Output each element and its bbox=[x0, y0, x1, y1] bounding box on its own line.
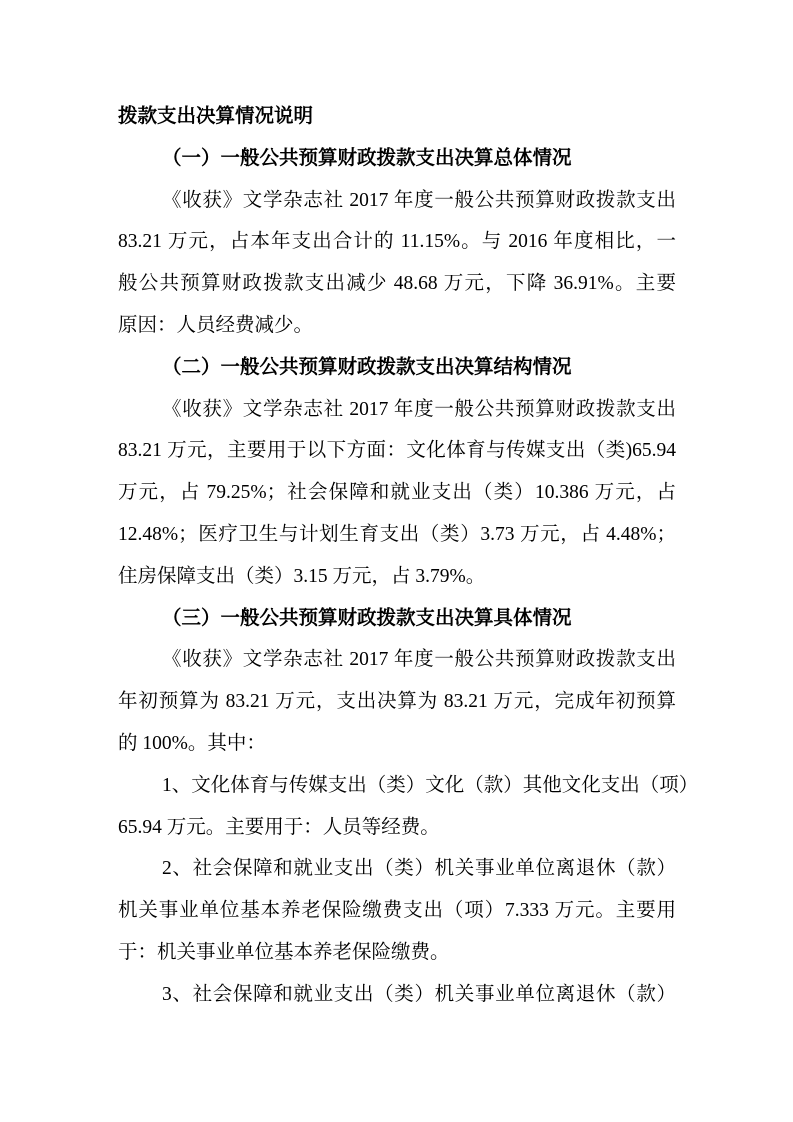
para-3-line-3: 的 100%。其中： bbox=[118, 723, 676, 765]
doc-title: 拨款支出决算情况说明 bbox=[118, 96, 676, 138]
para-3-line-1: 《收获》文学杂志社 2017 年度一般公共预算财政拨款支出 bbox=[118, 639, 676, 681]
section-heading-3: （三）一般公共预算财政拨款支出决算具体情况 bbox=[118, 598, 676, 640]
section-heading-1: （一）一般公共预算财政拨款支出决算总体情况 bbox=[118, 138, 676, 180]
item-1-line-2: 65.94 万元。主要用于：人员等经费。 bbox=[118, 807, 676, 849]
para-1-line-4: 原因：人员经费减少。 bbox=[118, 305, 676, 347]
para-2-line-1: 《收获》文学杂志社 2017 年度一般公共预算财政拨款支出 bbox=[118, 389, 676, 431]
para-2-line-2: 83.21 万元，主要用于以下方面：文化体育与传媒支出（类)65.94 bbox=[118, 430, 676, 472]
para-2-line-5: 住房保障支出（类）3.15 万元，占 3.79%。 bbox=[118, 556, 676, 598]
item-2-line-3: 于：机关事业单位基本养老保险缴费。 bbox=[118, 932, 676, 974]
para-1-line-1: 《收获》文学杂志社 2017 年度一般公共预算财政拨款支出 bbox=[118, 180, 676, 222]
para-2-line-4: 12.48%；医疗卫生与计划生育支出（类）3.73 万元，占 4.48%； bbox=[118, 514, 676, 556]
para-1-line-3: 般公共预算财政拨款支出减少 48.68 万元，下降 36.91%。主要 bbox=[118, 263, 676, 305]
section-heading-2: （二）一般公共预算财政拨款支出决算结构情况 bbox=[118, 347, 676, 389]
document-page: 拨款支出决算情况说明 （一）一般公共预算财政拨款支出决算总体情况 《收获》文学杂… bbox=[0, 0, 793, 1122]
item-2-line-2: 机关事业单位基本养老保险缴费支出（项）7.333 万元。主要用 bbox=[118, 890, 676, 932]
para-3-line-2: 年初预算为 83.21 万元，支出决算为 83.21 万元，完成年初预算 bbox=[118, 681, 676, 723]
item-2-line-1: 2、社会保障和就业支出（类）机关事业单位离退休（款） bbox=[118, 848, 676, 890]
para-2-line-3: 万元，占 79.25%；社会保障和就业支出（类）10.386 万元，占 bbox=[118, 472, 676, 514]
item-1-line-1: 1、文化体育与传媒支出（类）文化（款）其他文化支出（项） bbox=[118, 765, 676, 807]
item-3-line-1: 3、社会保障和就业支出（类）机关事业单位离退休（款） bbox=[118, 974, 676, 1016]
document-text-block: 拨款支出决算情况说明 （一）一般公共预算财政拨款支出决算总体情况 《收获》文学杂… bbox=[118, 96, 676, 1016]
para-1-line-2: 83.21 万元，占本年支出合计的 11.15%。与 2016 年度相比，一 bbox=[118, 221, 676, 263]
